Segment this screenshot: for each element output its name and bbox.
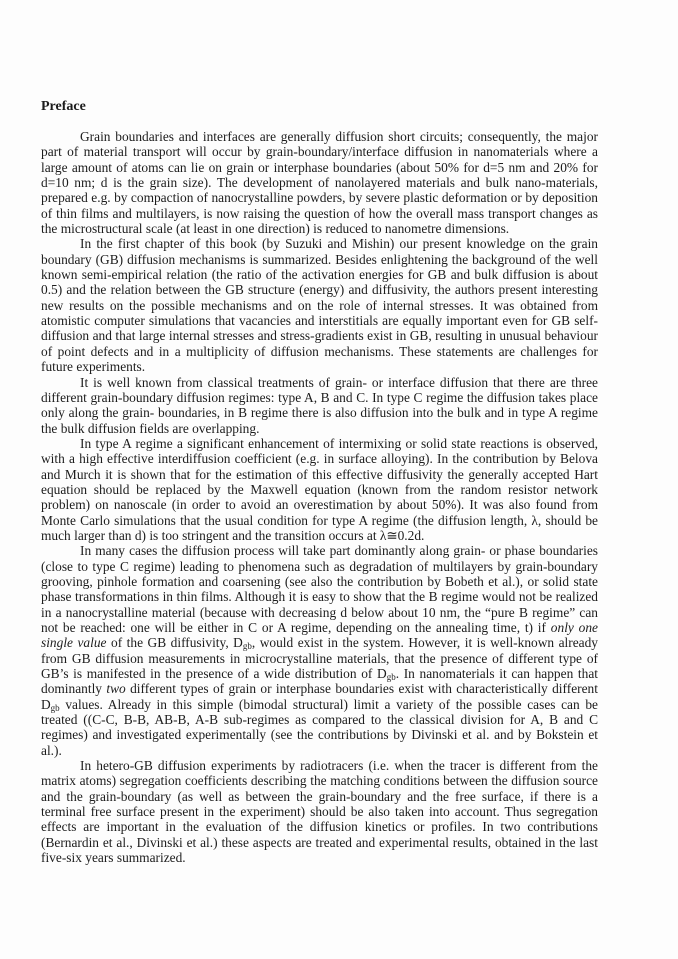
text-run: different types of grain or interphase b… xyxy=(130,681,598,696)
text-line: terminal free surface present in the exp… xyxy=(41,804,598,819)
text-line: the microstructural scale (at least in o… xyxy=(41,221,598,236)
text-run: GB’s is manifested in the presence of a … xyxy=(41,666,387,681)
text-line: only along the grain- boundaries, in B r… xyxy=(41,405,598,420)
text-line: part of material transport will occur by… xyxy=(41,144,598,159)
text-line: boundary (GB) diffusion mechanisms is su… xyxy=(41,252,598,267)
text-line: problem) on nanoscale (in order to avoid… xyxy=(41,497,598,512)
text-run: , would exist in the system. However, it… xyxy=(252,635,598,650)
text-line: In hetero-GB diffusion experiments by ra… xyxy=(41,758,598,773)
subscript: gb xyxy=(243,641,252,651)
text-line: large amount of atoms can lie on grain o… xyxy=(41,160,598,175)
text-line: different grain-boundary diffusion regim… xyxy=(41,390,598,405)
text-line: single value of the GB diffusivity, Dgb,… xyxy=(41,635,598,650)
text-line: of point defects and in a multiplicity o… xyxy=(41,344,598,359)
text-run: not be reached: one will be either in C … xyxy=(41,620,546,635)
text-line: Grain boundaries and interfaces are gene… xyxy=(41,129,598,144)
text-line: from GB diffusion measurements in microc… xyxy=(41,651,598,666)
text-line: diffusion and that large internal stress… xyxy=(41,328,598,343)
text-line: grooving, pinhole formation and coarseni… xyxy=(41,574,598,589)
text-run: dominantly xyxy=(41,681,102,696)
document-body: Grain boundaries and interfaces are gene… xyxy=(41,129,598,866)
italic-text: two xyxy=(106,681,125,696)
page-title: Preface xyxy=(41,98,86,116)
italic-text: single value xyxy=(41,635,107,650)
paragraph-2: In the first chapter of this book (by Su… xyxy=(41,236,598,374)
text-line: treated ((C-C, B-B, AB-B, A-B sub-regime… xyxy=(41,712,598,727)
paragraph-3: It is well known from classical treatmen… xyxy=(41,375,598,436)
text-line: of thin films and multilayers, is now ra… xyxy=(41,206,598,221)
text-line: effects are important in the evaluation … xyxy=(41,819,598,834)
text-line: with a high effective interdiffusion coe… xyxy=(41,451,598,466)
text-run: D xyxy=(41,697,51,712)
text-line: Dgb values. Already in this simple (bimo… xyxy=(41,697,598,712)
italic-text: only one xyxy=(551,620,598,635)
text-line: much larger than d) is too stringent and… xyxy=(41,528,598,543)
text-run: . In nanomaterials it can happen that xyxy=(396,666,598,681)
text-line: equation should be replaced by the Maxwe… xyxy=(41,482,598,497)
text-line: al.). xyxy=(41,743,598,758)
text-line: atomistic computer simulations that vaca… xyxy=(41,313,598,328)
text-line: the bulk diffusion fields are overlappin… xyxy=(41,421,598,436)
text-line: (close to type C regime) leading to phen… xyxy=(41,559,598,574)
document-page: Preface Grain boundaries and interfaces … xyxy=(0,0,678,959)
text-line: prepared e.g. by compaction of nanocryst… xyxy=(41,190,598,205)
text-line: In many cases the diffusion process will… xyxy=(41,543,598,558)
text-line: (Bernardin et al., Divinski et al.) thes… xyxy=(41,835,598,850)
text-line: Monte Carlo simulations that the usual c… xyxy=(41,513,598,528)
text-line: five-six years summarized. xyxy=(41,850,598,865)
text-line: known semi-empirical relation (the ratio… xyxy=(41,267,598,282)
text-line: In type A regime a significant enhanceme… xyxy=(41,436,598,451)
text-line: phase transformations in thin films. Alt… xyxy=(41,589,598,604)
text-run: of the GB diffusivity, D xyxy=(111,635,243,650)
text-line: It is well known from classical treatmen… xyxy=(41,375,598,390)
paragraph-5: In many cases the diffusion process will… xyxy=(41,543,598,758)
text-line: future experiments. xyxy=(41,359,598,374)
text-line: regimes) and investigated experimentally… xyxy=(41,727,598,742)
text-line: matrix atoms) segregation coefficients d… xyxy=(41,773,598,788)
text-line: and Murch it is shown that for the estim… xyxy=(41,467,598,482)
text-line: In the first chapter of this book (by Su… xyxy=(41,236,598,251)
text-run: values. Already in this simple (bimodal … xyxy=(65,697,598,712)
paragraph-1: Grain boundaries and interfaces are gene… xyxy=(41,129,598,236)
text-line: and the grain-boundary (as well as betwe… xyxy=(41,789,598,804)
text-line: new results on the possible mechanisms a… xyxy=(41,298,598,313)
text-line: 0.5) and the relation between the GB str… xyxy=(41,282,598,297)
paragraph-4: In type A regime a significant enhanceme… xyxy=(41,436,598,543)
paragraph-6: In hetero-GB diffusion experiments by ra… xyxy=(41,758,598,865)
text-line: d=10 nm; d is the grain size). The devel… xyxy=(41,175,598,190)
text-line: in a nanocrystalline material (because w… xyxy=(41,605,598,620)
text-line: not be reached: one will be either in C … xyxy=(41,620,598,635)
text-line: dominantly two different types of grain … xyxy=(41,681,598,696)
text-line: GB’s is manifested in the presence of a … xyxy=(41,666,598,681)
